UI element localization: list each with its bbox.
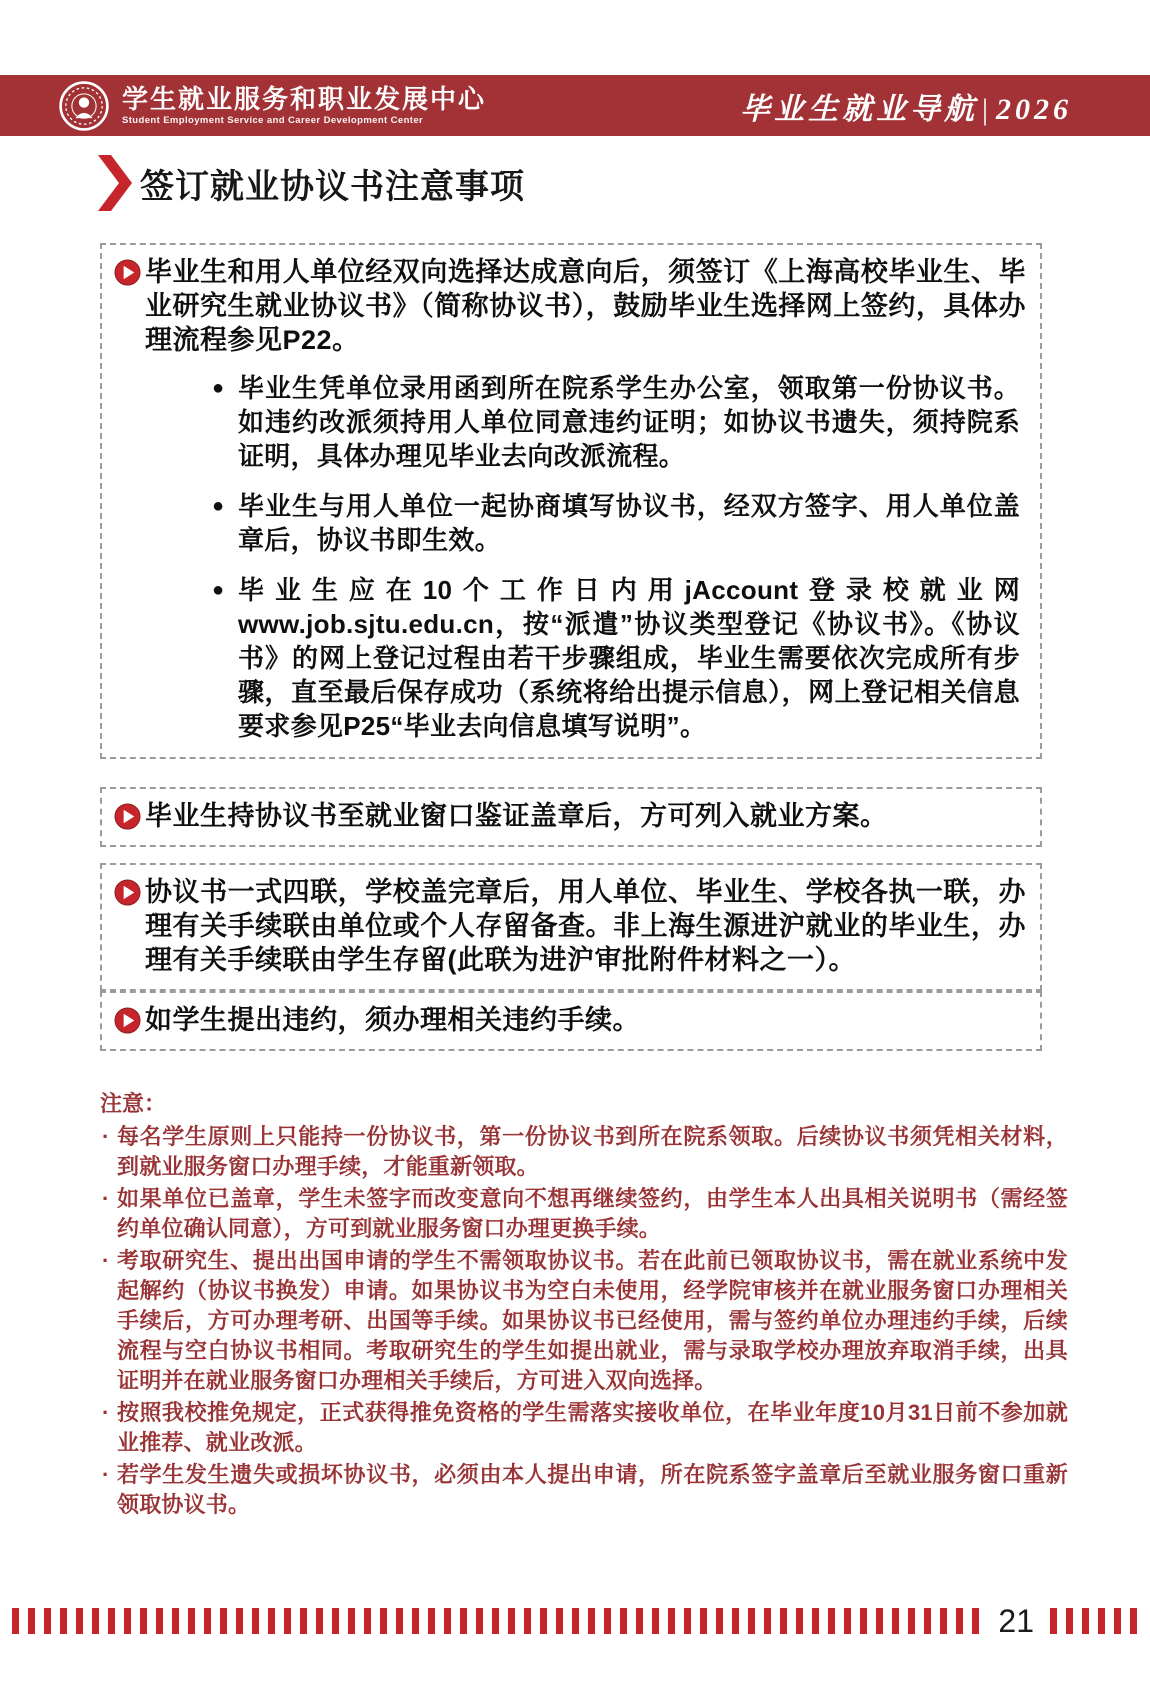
play-bullet-icon [114, 259, 141, 286]
sub-item-list: 毕业生凭单位录用函到所在院系学生办公室，领取第一份协议书。如违约改派须持用人单位… [112, 371, 1026, 743]
guide-edition: 毕业生就业导航|2026 [740, 84, 1072, 128]
guide-title: 毕业生就业导航 [740, 93, 978, 126]
sub-item: 毕业生凭单位录用函到所在院系学生办公室，领取第一份协议书。如违约改派须持用人单位… [212, 371, 1020, 473]
rule-box-four-copies: 协议书一式四联，学校盖完章后，用人单位、毕业生、学校各执一联，办理有关手续联由单… [100, 863, 1042, 991]
org-name-cn: 学生就业服务和职业发展中心 [122, 85, 486, 113]
org-name-en: Student Employment Service and Career De… [122, 115, 486, 126]
page-number: 21 [998, 1608, 1034, 1634]
notice-heading: 注意： [100, 1090, 1068, 1118]
page-footer: 21 [12, 1606, 1138, 1636]
lead-text: 毕业生和用人单位经双向选择达成意向后，须签订《上海高校毕业生、毕业研究生就业协议… [145, 255, 1026, 357]
section-title-row: 签订就业协议书注意事项 [98, 155, 525, 211]
lead-item: 毕业生持协议书至就业窗口鉴证盖章后，方可列入就业方案。 [112, 799, 1026, 833]
footer-bars-left [12, 1608, 982, 1634]
play-bullet-icon [114, 803, 141, 830]
edition-year: 2026 [996, 93, 1072, 126]
notice-list: 每名学生原则上只能持一份协议书，第一份协议书到所在院系领取。后续协议书须凭相关材… [100, 1122, 1068, 1520]
rule-box-breach: 如学生提出违约，须办理相关违约手续。 [100, 991, 1042, 1051]
sub-item: 毕业生与用人单位一起协商填写协议书，经双方签字、用人单位盖章后，协议书即生效。 [212, 489, 1020, 557]
org-names: 学生就业服务和职业发展中心 Student Employment Service… [122, 85, 486, 126]
lead-item: 如学生提出违约，须办理相关违约手续。 [112, 1003, 1026, 1037]
notice-item: 每名学生原则上只能持一份协议书，第一份协议书到所在院系领取。后续协议书须凭相关材… [100, 1122, 1068, 1182]
footer-bars-right [1050, 1608, 1138, 1634]
lead-item: 毕业生和用人单位经双向选择达成意向后，须签订《上海高校毕业生、毕业研究生就业协议… [112, 255, 1026, 357]
play-bullet-icon [114, 1007, 141, 1034]
notice-item: 如果单位已盖章，学生未签字而改变意向不想再继续签约，由学生本人出具相关说明书（需… [100, 1184, 1068, 1244]
notice-item: 考取研究生、提出出国申请的学生不需领取协议书。若在此前已领取协议书，需在就业系统… [100, 1246, 1068, 1396]
university-seal-logo [58, 80, 110, 132]
edition-divider: | [978, 93, 996, 126]
lead-text: 如学生提出违约，须办理相关违约手续。 [145, 1003, 640, 1037]
sub-item: 毕业生应在10个工作日内用jAccount登录校就业网www.job.sjtu.… [212, 573, 1020, 743]
page-header: 学生就业服务和职业发展中心 Student Employment Service… [0, 75, 1150, 136]
rule-box-sign-agreement: 毕业生和用人单位经双向选择达成意向后，须签订《上海高校毕业生、毕业研究生就业协议… [100, 243, 1042, 759]
notice-item: 按照我校推免规定，正式获得推免资格的学生需落实接收单位，在毕业年度10月31日前… [100, 1398, 1068, 1458]
lead-item: 协议书一式四联，学校盖完章后，用人单位、毕业生、学校各执一联，办理有关手续联由单… [112, 875, 1026, 977]
notice-section: 注意： 每名学生原则上只能持一份协议书，第一份协议书到所在院系领取。后续协议书须… [100, 1090, 1068, 1522]
notice-item: 若学生发生遗失或损坏协议书，必须由本人提出申请，所在院系签字盖章后至就业服务窗口… [100, 1460, 1068, 1520]
lead-text: 协议书一式四联，学校盖完章后，用人单位、毕业生、学校各执一联，办理有关手续联由单… [145, 875, 1026, 977]
page-title: 签订就业协议书注意事项 [140, 159, 525, 208]
rule-box-stamp: 毕业生持协议书至就业窗口鉴证盖章后，方可列入就业方案。 [100, 787, 1042, 847]
lead-text: 毕业生持协议书至就业窗口鉴证盖章后，方可列入就业方案。 [145, 799, 888, 833]
section-chevron-icon [98, 155, 132, 211]
play-bullet-icon [114, 879, 141, 906]
